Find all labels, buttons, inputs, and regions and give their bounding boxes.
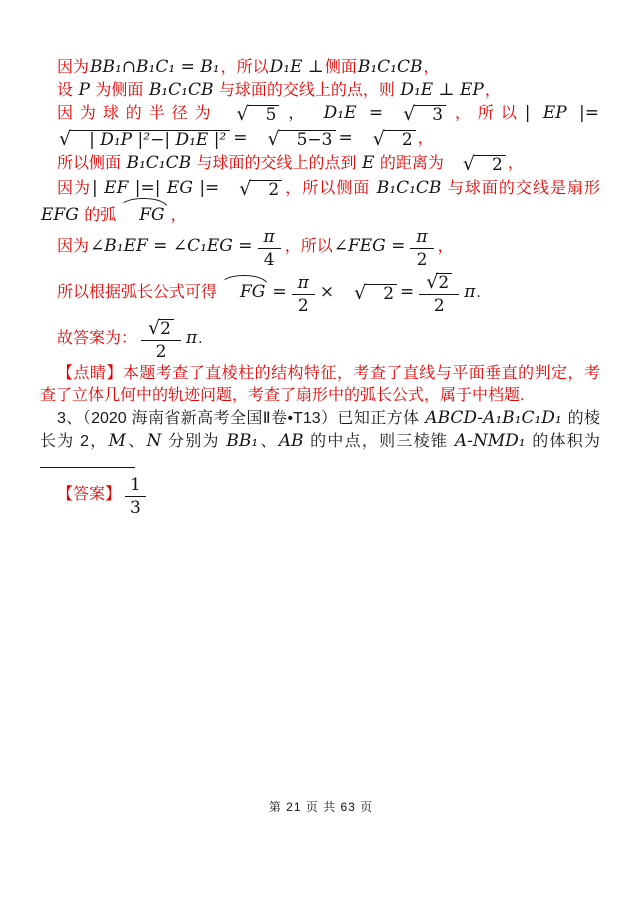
text-run: 的体积为 [527,433,600,450]
question-3: 3、（2020 海南省新高考全国Ⅱ卷•T13）已知正方体 ABCD-A₁B₁C₁… [40,407,600,475]
fraction-denominator: 2 [141,341,181,362]
text-run: 因为 [57,59,89,76]
math-run: P [77,80,90,100]
fraction-numerator: √2 [141,317,181,342]
page-number: 第 21 页 共 63 页 [269,800,373,814]
remark-dianjing: 【点睛】本题考查了直棱柱的结构特征，考查了直线与平面垂直的判定，考查了立体几何中… [40,363,600,407]
text-run: ，所以 [448,105,524,122]
math-run: | EF |=| EG |= [91,178,220,198]
fraction-numerator: π [292,273,315,295]
answer-q3: 【答案】13 [40,475,600,519]
number-run: 2 [417,250,428,270]
number-run: 2 [160,319,171,339]
fraction-numerator: √2 [419,271,459,296]
text-run: 与球面的交线是扇形 [442,180,600,197]
solution-line-distance: 所以侧面 B₁C₁CB 与球面的交线上的点到 E 的距离为√2， [40,152,600,177]
text-run: ， [485,82,501,99]
math-run: π [185,328,198,348]
text-run: ， [508,155,524,172]
page-footer: 第 21 页 共 63 页 [0,798,642,815]
math-run: π [463,282,476,302]
text-run: 、 [127,433,145,450]
text-run: 因为 [57,238,89,255]
radicand: 2 [364,284,397,305]
sqrt-expression: √5 [220,105,280,127]
number-run: 3 [130,498,141,518]
sqrt-expression: √2 [446,155,506,177]
text-run: ，所以 [285,238,333,255]
text-run: 【点睛】本题考查了直棱柱的结构特征，考查了直线与平面垂直的判定，考查了立体几何中… [40,365,600,404]
fraction: π2 [410,227,433,271]
number-run: 1 [130,475,141,495]
fraction-denominator: 2 [419,295,459,316]
text-run: 与球面的交线上的点，则 [214,82,399,99]
fraction-numerator: π [258,227,281,249]
text-run: 侧面 [325,59,357,76]
solution-line-point-p: 设 P 为侧面 B₁C₁CB 与球面的交线上的点，则 D₁E ⊥ EP， [40,79,600,102]
math-run: = [232,128,248,148]
text-run: 分别为 [162,433,225,450]
math-run: B₁C₁CB [148,80,215,100]
radicand: 2 [473,155,506,176]
fraction-denominator: 3 [125,497,146,518]
text-run: ， [281,105,322,122]
math-run: π [263,227,276,247]
math-run: × [319,282,335,302]
document-body: 因为BB₁∩B₁C₁ = B₁，所以D₁E ⊥侧面B₁C₁CB，设 P 为侧面 … [0,0,642,518]
answer-blank [40,454,135,468]
text-run: ，所以 [221,59,269,76]
text-run: ， [418,130,434,147]
document-page: 因为BB₁∩B₁C₁ = B₁，所以D₁E ⊥侧面B₁C₁CB，设 P 为侧面 … [0,0,642,907]
math-run: ABCD-A₁B₁C₁D₁ [424,408,562,428]
radicand: 2 [158,319,174,340]
text-run: 的弧 [80,207,116,224]
fraction-numerator: 1 [125,475,146,497]
sqrt-expression: √2 [356,130,416,152]
text-run: 与球面的交线上的点到 [192,155,361,172]
math-run: π [297,273,310,293]
fraction: 13 [125,475,146,519]
sqrt-expression: √5−3 [251,130,336,152]
text-run: 【答案】 [57,486,121,503]
math-run: D₁E ⊥ EP [399,80,485,100]
sqrt-expression: √2 [337,284,397,306]
math-run: B₁C₁CB [125,153,192,173]
math-run: M [108,431,127,451]
fraction-denominator: 2 [410,249,433,270]
fraction-denominator: 4 [258,249,281,270]
number-run: 2 [492,155,503,175]
text-run: 的中点，则三棱锥 [305,433,454,450]
solution-line-arc-length: 所以根据弧长公式可得FG=π2×√2=√22π. [40,271,600,317]
text-run: 所以根据弧长公式可得 [57,284,217,301]
math-run: A-NMD₁ [454,431,527,451]
number-run: 2 [434,296,445,316]
text-run: . [198,330,202,347]
arc-over-expression: FG [119,202,167,226]
number-run: 5−3 [297,130,333,150]
number-run: 2 [156,342,167,362]
text-run: ，所以侧面 [284,180,376,197]
text-run: . [476,284,480,301]
fraction-numerator: π [410,227,433,249]
text-run: ， [423,59,439,76]
math-run: BB₁ [225,431,259,451]
number-run: 4 [264,250,275,270]
arc-over-expression: FG [220,279,268,303]
radicand: 2 [249,180,282,201]
math-run: ∠FEG = [333,236,407,256]
math-run: EFG [40,205,80,225]
sqrt-expression: √2 [222,180,282,202]
math-run: = [399,282,415,302]
math-run: N [145,431,162,451]
math-run: = [338,128,354,148]
text-run: 设 [57,82,77,99]
text-run: 所以侧面 [57,155,125,172]
fraction: √22 [419,271,459,317]
math-run: = [271,282,287,302]
text-run: 因为球的半径为 [57,105,218,122]
text-run: 故答案为： [57,330,137,347]
sqrt-expression: √2 [426,273,452,294]
fraction: π4 [258,227,281,271]
solution-line-radius: 因为球的半径为√5， D₁E =√3，所以| EP |=√| D₁P |²−| … [40,102,600,152]
math-run: ∠B₁EF = ∠C₁EG = [89,236,254,256]
text-run: 、 [259,433,277,450]
radicand: 2 [436,273,452,294]
sqrt-expression: √2 [148,319,174,340]
text-run: 的距离为 [375,155,443,172]
number-run: 2 [268,180,279,200]
radicand: 3 [413,105,446,126]
text-run: 3、（2020 海南省新高考全国Ⅱ卷•T13）已知正方体 [57,410,424,427]
number-run: 2 [402,130,413,150]
solution-line-intersection: 因为BB₁∩B₁C₁ = B₁，所以D₁E ⊥侧面B₁C₁CB， [40,56,600,79]
math-run: BB₁∩B₁C₁ = B₁ [89,57,221,77]
radicand: 5 [247,105,280,126]
math-run: π [415,227,428,247]
solution-line-sector: 因为| EF |=| EG |=√2，所以侧面 B₁C₁CB 与球面的交线是扇形… [40,177,600,227]
math-run: D₁E ⊥ [269,57,325,77]
math-run: | EP |= [524,103,600,123]
solution-line-angles: 因为∠B₁EF = ∠C₁EG =π4，所以∠FEG =π2， [40,227,600,271]
number-run: 3 [432,105,443,125]
text-run: ， [171,207,187,224]
math-run: B₁C₁CB [357,57,424,77]
number-run: 2 [298,296,309,316]
math-run: | D₁P |²−| D₁E |² [88,130,227,150]
radicand: | D₁P |²−| D₁E |² [69,130,230,151]
text-run: 因为 [57,180,91,197]
sqrt-expression: √| D₁P |²−| D₁E |² [42,130,230,152]
radicand: 5−3 [278,130,336,151]
number-run: 5 [266,105,277,125]
math-run: E [361,153,375,173]
number-run: 2 [383,284,394,304]
fraction: π2 [292,273,315,317]
math-run: D₁E = [323,103,384,123]
fraction: √22 [141,317,181,363]
sqrt-expression: √3 [386,105,446,127]
math-run: B₁C₁CB [376,178,443,198]
solution-final-answer: 故答案为：√22π. [40,317,600,363]
math-run: AB [278,431,305,451]
text-run: 为侧面 [91,82,148,99]
number-run: 2 [438,273,449,293]
radicand: 2 [383,130,416,151]
text-run: ， [438,238,454,255]
fraction-denominator: 2 [292,295,315,316]
